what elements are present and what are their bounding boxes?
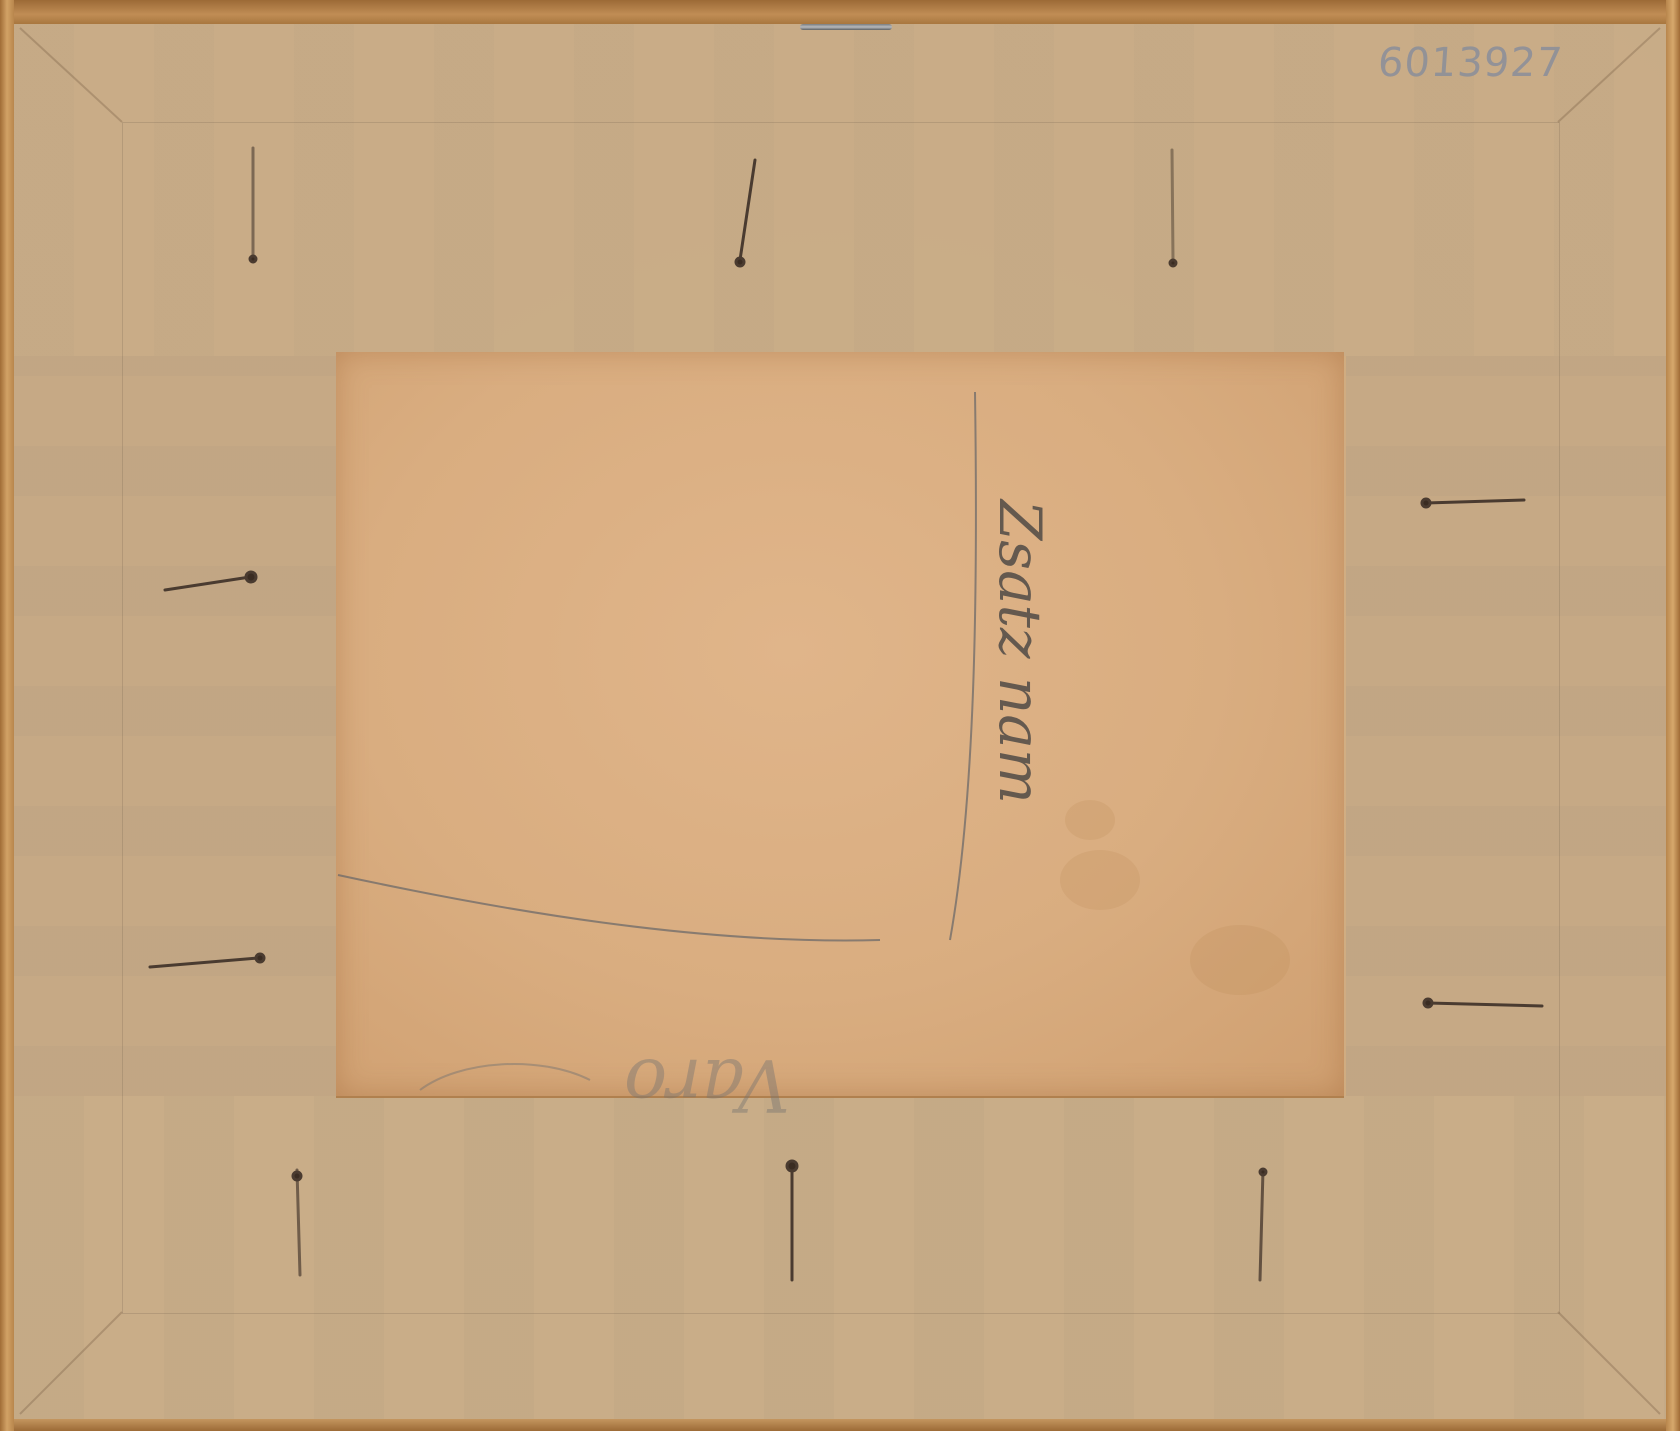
nail-icon: [736, 160, 755, 266]
nail-icon: [250, 148, 256, 262]
faint-signature: Varo: [624, 1043, 790, 1127]
pencil-note: Zsatz nam: [986, 498, 1054, 804]
signature-flourish: [420, 1064, 590, 1090]
nails: [150, 148, 1542, 1280]
water-stains: [1060, 800, 1290, 995]
pencil-and-nails-overlay: Zsatz nam Varo: [0, 0, 1680, 1431]
nail-icon: [787, 1161, 797, 1280]
nail-icon: [1422, 499, 1524, 507]
pencil-note-group: Zsatz nam: [986, 498, 1054, 804]
nail-icon: [150, 954, 264, 967]
nail-icon: [293, 1170, 301, 1275]
corner-miter-lines: [20, 28, 1660, 1414]
faint-signature-group: Varo: [624, 1043, 790, 1127]
nail-icon: [1260, 1169, 1266, 1280]
nail-icon: [1424, 999, 1542, 1007]
nail-icon: [165, 572, 256, 590]
nail-icon: [1170, 150, 1176, 266]
pencil-lines: [338, 392, 976, 940]
